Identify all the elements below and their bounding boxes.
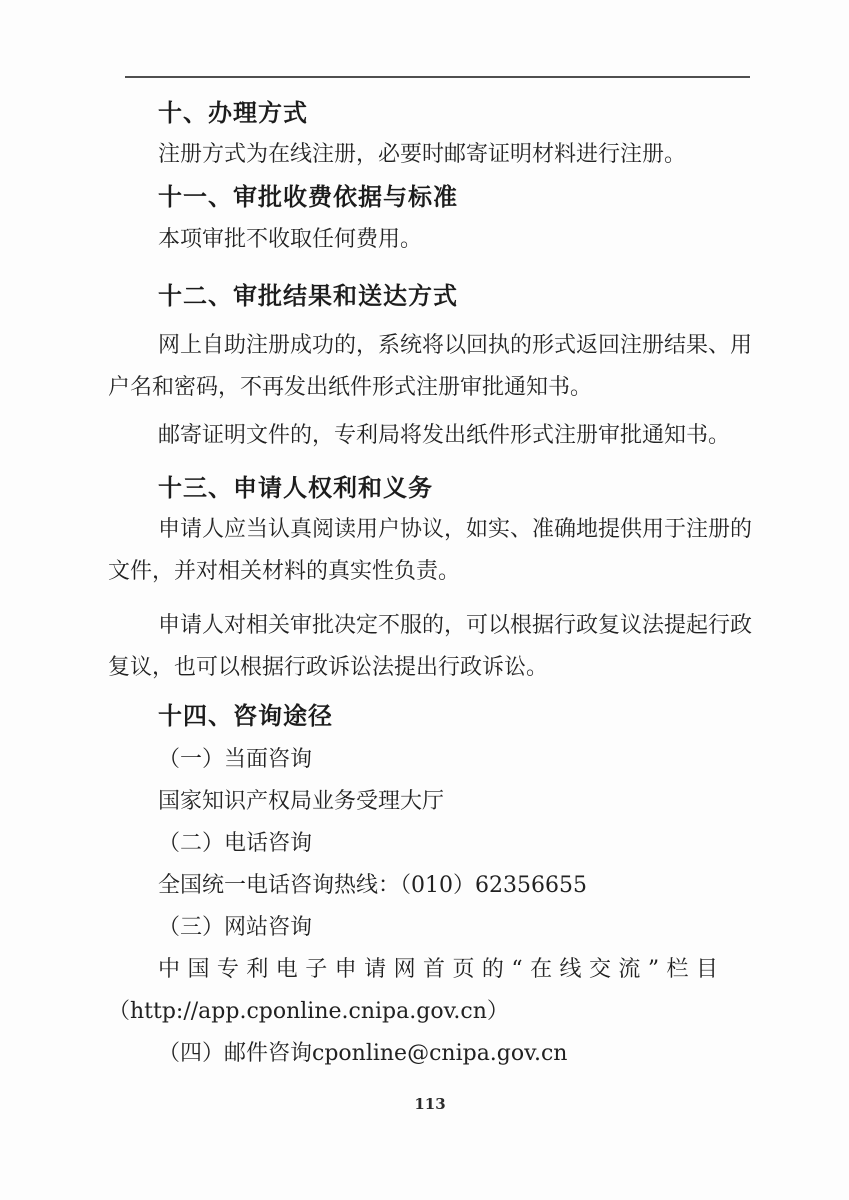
heading-section-12: 十二、审批结果和送达方式	[108, 275, 752, 317]
heading-section-14: 十四、咨询途径	[108, 695, 752, 737]
list-item-inperson-consult: （一）当面咨询	[108, 739, 752, 781]
paragraph-hotline-number: 全国统一电话咨询热线：（010）62356655	[108, 865, 752, 907]
page-number: 113	[414, 1095, 445, 1113]
paragraph-website-url: （http://app.cponline.cnipa.gov.cn）	[108, 991, 752, 1033]
heading-section-10: 十、办理方式	[108, 92, 752, 134]
header-rule	[125, 76, 750, 78]
paragraph-mailed-result: 邮寄证明文件的，专利局将发出纸件形式注册审批通知书。	[108, 415, 752, 457]
page-footer: 113	[108, 1095, 752, 1113]
paragraph-service-hall: 国家知识产权局业务受理大厅	[108, 781, 752, 823]
document-page: 十、办理方式 注册方式为在线注册，必要时邮寄证明材料进行注册。 十一、审批收费依…	[0, 0, 849, 1200]
heading-section-11: 十一、审批收费依据与标准	[108, 176, 752, 218]
document-content: 十、办理方式 注册方式为在线注册，必要时邮寄证明材料进行注册。 十一、审批收费依…	[108, 92, 752, 1075]
paragraph-applicant-duty: 申请人应当认真阅读用户协议，如实、准确地提供用于注册的文件，并对相关材料的真实性…	[108, 509, 752, 593]
heading-section-13: 十三、申请人权利和义务	[108, 467, 752, 509]
paragraph-no-fee: 本项审批不收取任何费用。	[108, 219, 752, 261]
list-item-website-consult: （三）网站咨询	[108, 907, 752, 949]
paragraph-registration-method: 注册方式为在线注册，必要时邮寄证明材料进行注册。	[108, 134, 752, 176]
paragraph-appeal-rights: 申请人对相关审批决定不服的，可以根据行政复议法提起行政复议，也可以根据行政诉讼法…	[108, 605, 752, 689]
paragraph-online-exchange-column: 中国专利电子申请网首页的“在线交流”栏目	[108, 949, 718, 991]
list-item-phone-consult: （二）电话咨询	[108, 823, 752, 865]
paragraph-online-result: 网上自助注册成功的，系统将以回执的形式返回注册结果、用户名和密码，不再发出纸件形…	[108, 325, 752, 409]
list-item-email-consult: （四）邮件咨询cponline@cnipa.gov.cn	[108, 1033, 752, 1075]
